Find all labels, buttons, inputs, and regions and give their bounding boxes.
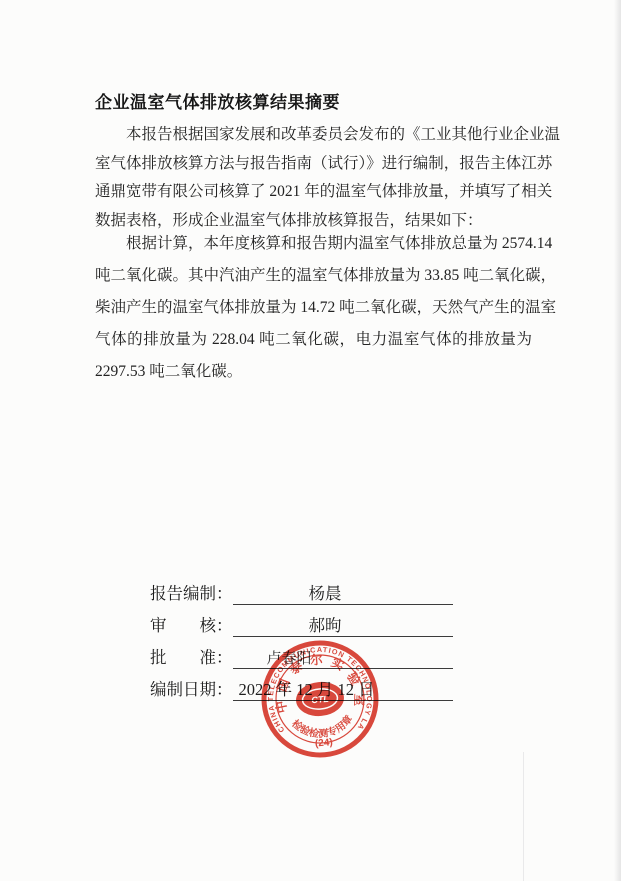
signature-underline: 郝昫	[233, 608, 453, 637]
signature-label: 报告编制：	[150, 580, 233, 605]
text-line: 根据计算，本年度核算和报告期内温室气体排放总量为 2574.14	[95, 228, 532, 260]
text-line: 室气体排放核算方法与报告指南（试行）》进行编制，报告主体江苏	[95, 150, 532, 179]
paragraph-results: 根据计算，本年度核算和报告期内温室气体排放总量为 2574.14 吨二氧化碳。其…	[95, 228, 532, 388]
page-title: 企业温室气体排放核算结果摘要	[95, 88, 340, 113]
stamp-number: (24)	[315, 737, 334, 750]
text-line: 本报告根据国家发展和改革委员会发布的《工业其他行业企业温	[95, 121, 532, 150]
signature-row: 审 核： 郝昫	[150, 605, 460, 637]
scan-fold-line	[523, 752, 524, 881]
signature-row: 报告编制： 杨晨	[150, 573, 460, 605]
red-seal-stamp: CHINA TELECOMMUNICATION TECHNOLOGY LABS …	[253, 632, 387, 766]
scanned-report-page: 企业温室气体排放核算结果摘要 本报告根据国家发展和改革委员会发布的《工业其他行业…	[0, 0, 621, 881]
text-line: 吨二氧化碳。其中汽油产生的温室气体排放量为 33.85 吨二氧化碳，	[95, 260, 532, 292]
text-line: 气体的排放量为 228.04 吨二氧化碳，电力温室气体的排放量为	[95, 324, 532, 356]
scan-edge-shadow	[614, 0, 621, 881]
signature-underline: 杨晨	[233, 576, 453, 605]
signature-label: 审 核：	[150, 612, 233, 637]
signature-label: 批 准：	[150, 644, 233, 669]
paragraph-intro: 本报告根据国家发展和改革委员会发布的《工业其他行业企业温 室气体排放核算方法与报…	[95, 121, 532, 235]
signature-value: 杨晨	[309, 580, 342, 604]
signature-value: 郝昫	[309, 612, 342, 636]
signature-label: 编制日期：	[150, 676, 233, 701]
text-line: 2297.53 吨二氧化碳。	[95, 356, 532, 388]
text-line: 柴油产生的温室气体排放量为 14.72 吨二氧化碳，天然气产生的温室	[95, 292, 532, 324]
stamp-logo-letters: CTL	[311, 694, 329, 705]
text-line: 通鼎宽带有限公司核算了 2021 年的温室气体排放量，并填写了相关	[95, 178, 532, 207]
